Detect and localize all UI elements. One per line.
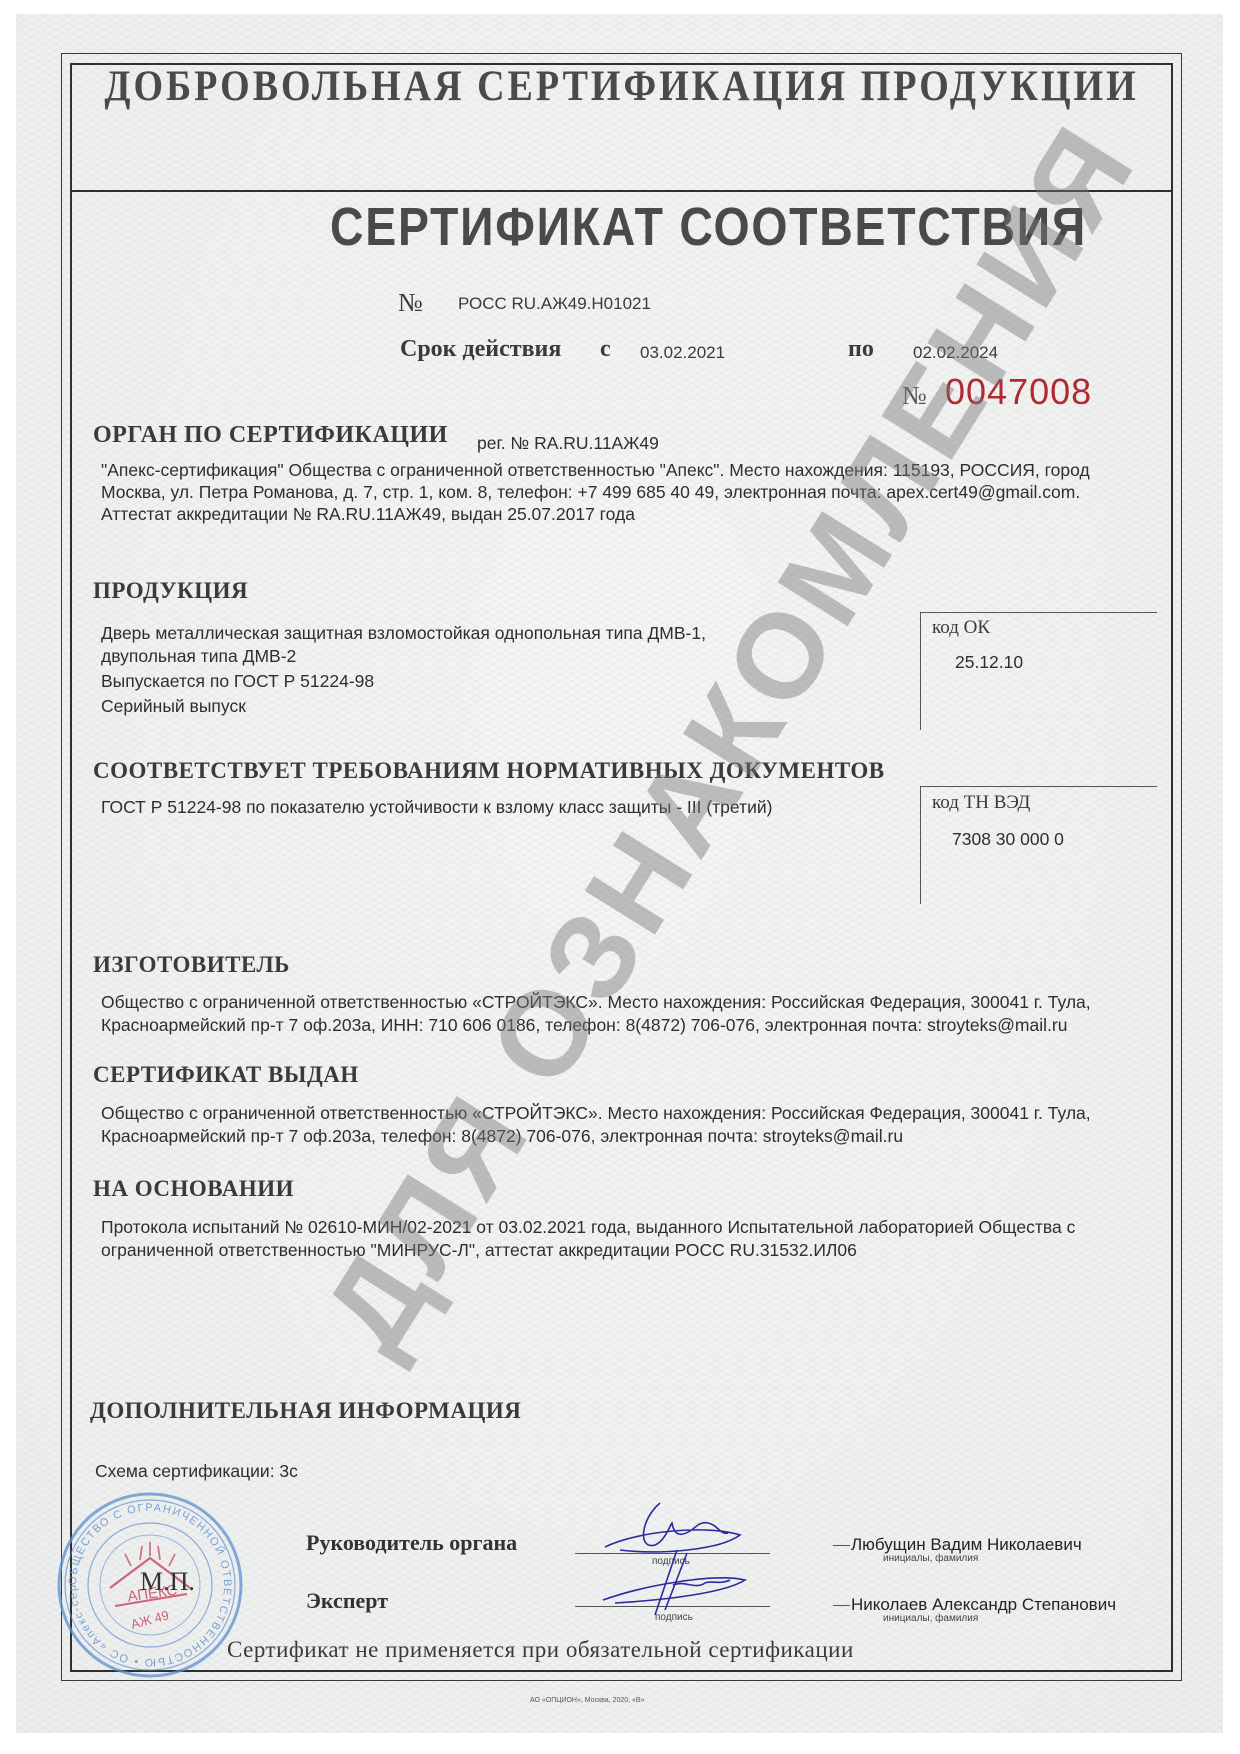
certification-body-line: Москва, ул. Петра Романова, д. 7, стр. 1… xyxy=(101,481,1080,503)
seal-place-label: М.П. xyxy=(140,1567,195,1597)
program-title: ДОБРОВОЛЬНАЯ СЕРТИФИКАЦИЯ ПРОДУКЦИИ xyxy=(70,61,1173,112)
issued-to-line: Общество с ограниченной ответственностью… xyxy=(101,1102,1091,1124)
valid-to-date: 02.02.2024 xyxy=(913,343,998,363)
basis-line: ограниченной ответственностью "МИНРУС-Л"… xyxy=(101,1239,857,1261)
ok-code-label: код ОК xyxy=(932,617,990,639)
certification-scheme: Схема сертификации: 3с xyxy=(95,1460,298,1482)
conformity-text: ГОСТ Р 51224-98 по показателю устойчивос… xyxy=(101,796,772,818)
basis-line: Протокола испытаний № 02610-МИН/02-2021 … xyxy=(101,1216,1075,1238)
blank-number: 0047008 xyxy=(945,371,1092,413)
product-line: Выпускается по ГОСТ Р 51224-98 xyxy=(101,670,374,692)
product-line: Серийный выпуск xyxy=(101,695,246,717)
expert-label: Эксперт xyxy=(306,1588,388,1614)
header-divider xyxy=(70,190,1173,192)
issued-to-heading: СЕРТИФИКАТ ВЫДАН xyxy=(93,1062,359,1088)
ok-code-value: 25.12.10 xyxy=(955,652,1023,673)
certificate-number: РОСС RU.АЖ49.Н01021 xyxy=(458,294,651,314)
expert-signature-caption: подпись xyxy=(655,1612,693,1623)
expert-name-dash xyxy=(833,1605,850,1606)
basis-heading: НА ОСНОВАНИИ xyxy=(93,1176,294,1202)
head-name: Любущин Вадим Николаевич xyxy=(851,1535,1082,1555)
certification-body-line: "Апекс-сертификация" Общества с ограниче… xyxy=(101,459,1090,481)
mandatory-certification-note: Сертификат не применяется при обязательн… xyxy=(227,1637,854,1663)
product-heading: ПРОДУКЦИЯ xyxy=(93,578,248,604)
additional-info-heading: ДОПОЛНИТЕЛЬНАЯ ИНФОРМАЦИЯ xyxy=(90,1398,521,1424)
certification-body-reg: рег. № RA.RU.11АЖ49 xyxy=(477,432,659,454)
head-name-dash xyxy=(833,1545,850,1546)
certification-body-heading: ОРГАН ПО СЕРТИФИКАЦИИ xyxy=(93,422,448,449)
product-line: Дверь металлическая защитная взломостойк… xyxy=(101,622,706,644)
printer-imprint: АО «ОПЦИОН», Москва, 2020, «В» xyxy=(530,1697,644,1704)
expert-name: Николаев Александр Степанович xyxy=(851,1595,1116,1615)
expert-signature-icon xyxy=(595,1545,755,1620)
tnved-code-value: 7308 30 000 0 xyxy=(952,829,1064,850)
conformity-heading: СООТВЕТСТВУЕТ ТРЕБОВАНИЯМ НОРМАТИВНЫХ ДО… xyxy=(93,758,885,784)
valid-from-date: 03.02.2021 xyxy=(640,343,725,363)
manufacturer-heading: ИЗГОТОВИТЕЛЬ xyxy=(93,952,290,978)
manufacturer-line: Красноармейский пр-т 7 оф.203а, ИНН: 710… xyxy=(101,1014,1067,1036)
head-of-body-label: Руководитель органа xyxy=(306,1530,517,1556)
certificate-number-label: № xyxy=(398,288,423,318)
blank-number-label: № xyxy=(902,381,927,411)
valid-from-label: с xyxy=(600,336,611,363)
document-title: СЕРТИФИКАТ СООТВЕТСТВИЯ xyxy=(330,196,1087,258)
validity-label: Срок действия xyxy=(400,336,561,363)
tnved-code-label: код ТН ВЭД xyxy=(932,792,1030,814)
head-name-caption: инициалы, фамилия xyxy=(883,1553,978,1564)
valid-to-label: по xyxy=(848,336,874,363)
manufacturer-line: Общество с ограниченной ответственностью… xyxy=(101,991,1091,1013)
issued-to-line: Красноармейский пр-т 7 оф.203а, телефон:… xyxy=(101,1125,903,1147)
expert-name-caption: инициалы, фамилия xyxy=(883,1613,978,1624)
product-line: двупольная типа ДМВ-2 xyxy=(101,645,296,667)
certification-body-line: Аттестат аккредитации № RA.RU.11АЖ49, вы… xyxy=(101,503,635,525)
